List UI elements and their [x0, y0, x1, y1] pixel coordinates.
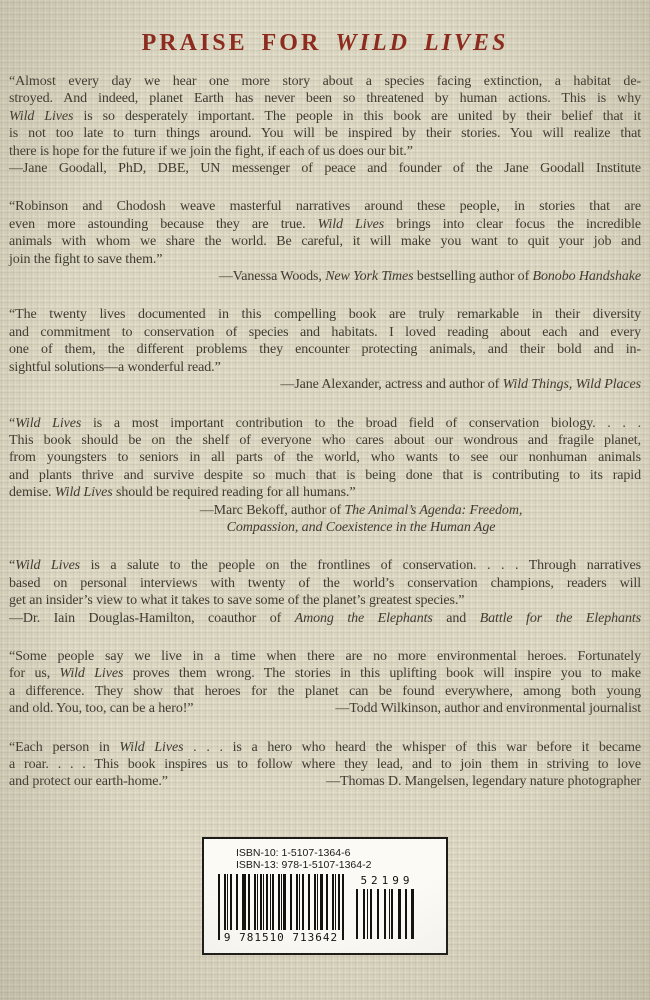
quote-block-wilkinson: “Some people say we live in a time when …	[9, 648, 641, 718]
praise-title: PRAISE FOR WILD LIVES	[9, 30, 641, 57]
quote-text: “Wild Lives is a most important contribu…	[9, 415, 641, 502]
book-back-cover: PRAISE FOR WILD LIVES “Almost every day …	[0, 0, 650, 955]
ean-barcode: 9 781510 713642	[218, 874, 344, 944]
supplement-barcode-bars	[356, 889, 418, 939]
quote-block-bekoff: “Wild Lives is a most important contribu…	[9, 415, 641, 537]
ean-barcode-bars	[218, 874, 344, 930]
quote-block-goodall: “Almost every day we hear one more story…	[9, 73, 641, 177]
quote-text: “Each person in Wild Lives . . . is a he…	[9, 739, 641, 791]
price-code-digits: 52199	[356, 874, 418, 887]
barcode-row: 9 781510 713642 52199	[218, 874, 434, 944]
price-supplement-barcode: 52199	[356, 874, 418, 944]
quote-text: “Some people say we live in a time when …	[9, 648, 641, 718]
isbn10-text: ISBN-10: 1-5107-1364-6	[236, 847, 434, 859]
ean-barcode-digits: 9 781510 713642	[218, 931, 344, 944]
barcode-panel: ISBN-10: 1-5107-1364-6 ISBN-13: 978-1-51…	[202, 837, 448, 955]
quote-attribution: —Jane Goodall, PhD, DBE, UN messenger of…	[9, 160, 641, 177]
quote-attribution: —Vanessa Woods, New York Times bestselli…	[9, 268, 641, 285]
quote-block-mangelsen: “Each person in Wild Lives . . . is a he…	[9, 739, 641, 791]
quote-block-douglas-hamilton: “Wild Lives is a salute to the people on…	[9, 557, 641, 627]
quote-block-alexander: “The twenty lives documented in this com…	[9, 306, 641, 393]
quote-text: “Robinson and Chodosh weave masterful na…	[9, 198, 641, 268]
quote-block-woods: “Robinson and Chodosh weave masterful na…	[9, 198, 641, 285]
isbn13-text: ISBN-13: 978-1-5107-1364-2	[236, 859, 434, 871]
isbn-numbers: ISBN-10: 1-5107-1364-6 ISBN-13: 978-1-51…	[236, 847, 434, 871]
quote-attribution: —Marc Bekoff, author of The Animal’s Age…	[9, 502, 641, 537]
quote-text: “Almost every day we hear one more story…	[9, 73, 641, 160]
quote-text: “Wild Lives is a salute to the people on…	[9, 557, 641, 609]
quote-attribution: —Dr. Iain Douglas-Hamilton, coauthor of …	[9, 610, 641, 627]
quote-attribution: —Jane Alexander, actress and author of W…	[9, 376, 641, 393]
quote-text: “The twenty lives documented in this com…	[9, 306, 641, 376]
